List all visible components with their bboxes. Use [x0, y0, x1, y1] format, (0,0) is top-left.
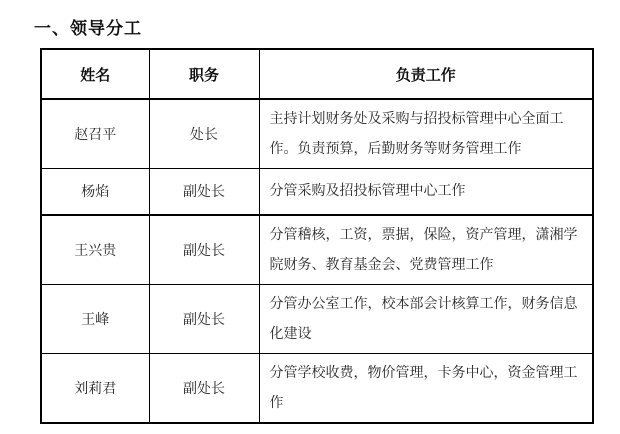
header-position: 职务	[149, 49, 259, 99]
table-header-row: 姓名 职务 负责工作	[41, 49, 593, 99]
duty-cell: 分管采购及招投标管理中心工作	[259, 169, 593, 215]
document-page: 一、领导分工 姓名 职务 负责工作 赵召平 处长 主持计划财务处及采购与招投标管…	[0, 0, 620, 434]
table-row: 赵召平 处长 主持计划财务处及采购与招投标管理中心全面工作。负责预算，后勤财务等…	[41, 99, 593, 169]
name-cell: 王兴贵	[41, 215, 149, 285]
name-cell: 赵召平	[41, 99, 149, 169]
name-cell: 刘莉君	[41, 353, 149, 423]
duty-cell: 分管学校收费，物价管理，卡务中心，资金管理工作	[259, 353, 593, 423]
name-cell: 王峰	[41, 284, 149, 353]
table-row: 杨焰 副处长 分管采购及招投标管理中心工作	[41, 169, 593, 215]
position-cell: 副处长	[149, 284, 259, 353]
position-cell: 副处长	[149, 169, 259, 215]
header-name: 姓名	[41, 49, 149, 99]
name-cell: 杨焰	[41, 169, 149, 215]
duty-cell: 分管稽核，工资，票据，保险，资产管理，潇湘学院财务、教育基金会、党费管理工作	[259, 215, 593, 285]
section-title: 一、领导分工	[34, 14, 142, 39]
duty-cell: 分管办公室工作，校本部会计核算工作，财务信息化建设	[259, 284, 593, 353]
position-cell: 处长	[149, 99, 259, 169]
leadership-table: 姓名 职务 负责工作 赵召平 处长 主持计划财务处及采购与招投标管理中心全面工作…	[40, 48, 594, 424]
position-cell: 副处长	[149, 215, 259, 285]
position-cell: 副处长	[149, 353, 259, 423]
table-row: 王兴贵 副处长 分管稽核，工资，票据，保险，资产管理，潇湘学院财务、教育基金会、…	[41, 215, 593, 285]
header-duty: 负责工作	[259, 49, 593, 99]
duty-cell: 主持计划财务处及采购与招投标管理中心全面工作。负责预算，后勤财务等财务管理工作	[259, 99, 593, 169]
table-row: 刘莉君 副处长 分管学校收费，物价管理，卡务中心，资金管理工作	[41, 353, 593, 423]
table-row: 王峰 副处长 分管办公室工作，校本部会计核算工作，财务信息化建设	[41, 284, 593, 353]
